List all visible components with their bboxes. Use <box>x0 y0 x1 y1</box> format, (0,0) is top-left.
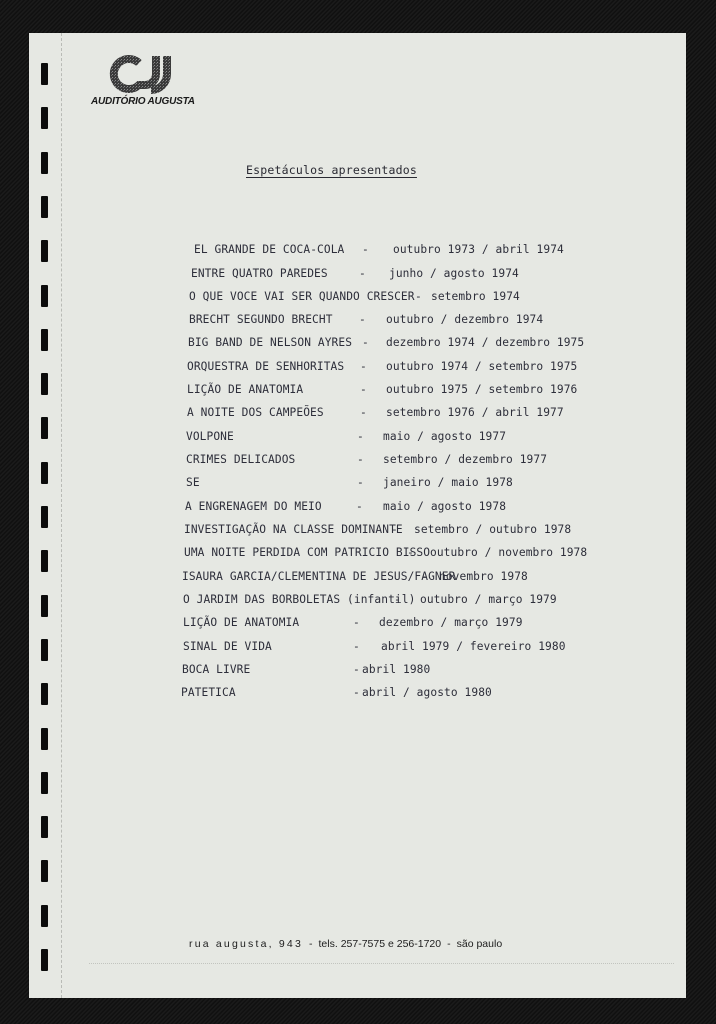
show-title: VOLPONE <box>186 430 234 443</box>
document-page: AUDITÓRIO AUGUSTA Espetáculos apresentad… <box>29 33 686 998</box>
show-dates: outubro 1973 / abril 1974 <box>393 243 564 256</box>
show-dates: maio / agosto 1977 <box>383 430 506 443</box>
binding-hole <box>41 550 48 572</box>
show-title: BRECHT SEGUNDO BRECHT <box>189 313 333 326</box>
binding-hole <box>41 595 48 617</box>
show-title: SINAL DE VIDA <box>183 640 272 653</box>
show-title: O JARDIM DAS BORBOLETAS (infantil) <box>183 593 415 606</box>
show-dates: dezembro 1974 / dezembro 1975 <box>386 336 584 349</box>
show-dash: - <box>362 336 369 349</box>
show-dash: - <box>359 267 366 280</box>
show-title: BIG BAND DE NELSON AYRES <box>188 336 352 349</box>
show-dash: - <box>357 453 364 466</box>
show-title: UMA NOITE PERDIDA COM PATRICIO BISSO <box>184 546 430 559</box>
footer-address: rua augusta, 943 <box>189 938 303 950</box>
footer-contact: rua augusta, 943-tels. 257-7575 e 256-17… <box>189 938 502 950</box>
binding-hole <box>41 417 48 439</box>
show-title: LIÇÃO DE ANATOMIA <box>187 383 303 396</box>
show-dash: - <box>356 500 363 513</box>
binding-hole <box>41 683 48 705</box>
binding-hole <box>41 196 48 218</box>
show-dates: outubro 1974 / setembro 1975 <box>386 360 577 373</box>
show-dash: - <box>353 640 360 653</box>
show-title: CRIMES DELICADOS <box>186 453 295 466</box>
auditorio-augusta-logo: AUDITÓRIO AUGUSTA <box>91 51 191 111</box>
binding-hole <box>41 107 48 129</box>
show-dash: - <box>359 313 366 326</box>
binding-hole <box>41 152 48 174</box>
footer-separator: - <box>309 938 313 950</box>
show-dash: - <box>421 570 428 583</box>
show-dates: outubro 1975 / setembro 1976 <box>386 383 577 396</box>
show-title: LIÇÃO DE ANATOMIA <box>183 616 299 629</box>
show-dash: - <box>407 546 414 559</box>
logo-wordmark: AUDITÓRIO AUGUSTA <box>91 96 195 107</box>
cu-monogram-logo-icon <box>109 53 171 95</box>
show-dash: - <box>415 290 422 303</box>
show-title: ISAURA GARCIA/CLEMENTINA DE JESUS/FAGNER <box>182 570 455 583</box>
show-dash: - <box>353 686 360 699</box>
binding-hole <box>41 329 48 351</box>
show-dash: - <box>357 430 364 443</box>
show-dates: junho / agosto 1974 <box>389 267 519 280</box>
show-dates: janeiro / maio 1978 <box>383 476 513 489</box>
show-dates: outubro / dezembro 1974 <box>386 313 543 326</box>
show-dash: - <box>362 243 369 256</box>
show-dates: abril 1980 <box>362 663 430 676</box>
show-dates: setembro / dezembro 1977 <box>383 453 547 466</box>
binding-hole <box>41 462 48 484</box>
show-title: ORQUESTRA DE SENHORITAS <box>187 360 344 373</box>
show-title: O QUE VOCE VAI SER QUANDO CRESCER <box>189 290 415 303</box>
footer-city: são paulo <box>457 938 503 950</box>
show-dates: dezembro / março 1979 <box>379 616 523 629</box>
show-title: PATETICA <box>181 686 236 699</box>
footer-separator: - <box>447 938 451 950</box>
show-title: SE <box>186 476 200 489</box>
show-title: A ENGRENAGEM DO MEIO <box>185 500 322 513</box>
binding-hole <box>41 63 48 85</box>
show-dates: setembro 1974 <box>431 290 520 303</box>
show-dates: abril 1979 / fevereiro 1980 <box>381 640 566 653</box>
show-title: ENTRE QUATRO PAREDES <box>191 267 328 280</box>
binding-hole <box>41 639 48 661</box>
show-title: INVESTIGAÇÃO NA CLASSE DOMINANTE <box>184 523 403 536</box>
show-dates: setembro / outubro 1978 <box>414 523 571 536</box>
binding-hole <box>41 949 48 971</box>
binding-hole <box>41 816 48 838</box>
show-title: A NOITE DOS CAMPEÕES <box>187 406 324 419</box>
binding-hole <box>41 772 48 794</box>
binding-hole <box>41 240 48 262</box>
divider <box>89 963 674 964</box>
binding-hole <box>41 373 48 395</box>
page-heading: Espetáculos apresentados <box>246 163 417 177</box>
show-dash: - <box>360 383 367 396</box>
show-dash: - <box>360 360 367 373</box>
show-title: EL GRANDE DE COCA-COLA <box>194 243 344 256</box>
show-dash: - <box>394 593 401 606</box>
show-dash: - <box>391 523 398 536</box>
footer-phones: tels. 257-7575 e 256-1720 <box>319 938 442 950</box>
show-dash: - <box>353 663 360 676</box>
binding-hole <box>41 728 48 750</box>
show-dates: maio / agosto 1978 <box>383 500 506 513</box>
binding-hole <box>41 860 48 882</box>
show-dash: - <box>357 476 364 489</box>
show-dash: - <box>353 616 360 629</box>
show-title: BOCA LIVRE <box>182 663 250 676</box>
show-dates: setembro 1976 / abril 1977 <box>386 406 564 419</box>
show-dash: - <box>360 406 367 419</box>
binding-hole <box>41 506 48 528</box>
show-dates: outubro / março 1979 <box>420 593 557 606</box>
show-dates: abril / agosto 1980 <box>362 686 492 699</box>
perforation-line <box>61 33 62 998</box>
binding-hole <box>41 905 48 927</box>
show-dates: novembro 1978 <box>439 570 528 583</box>
show-dates: outubro / novembro 1978 <box>430 546 587 559</box>
binding-hole <box>41 285 48 307</box>
